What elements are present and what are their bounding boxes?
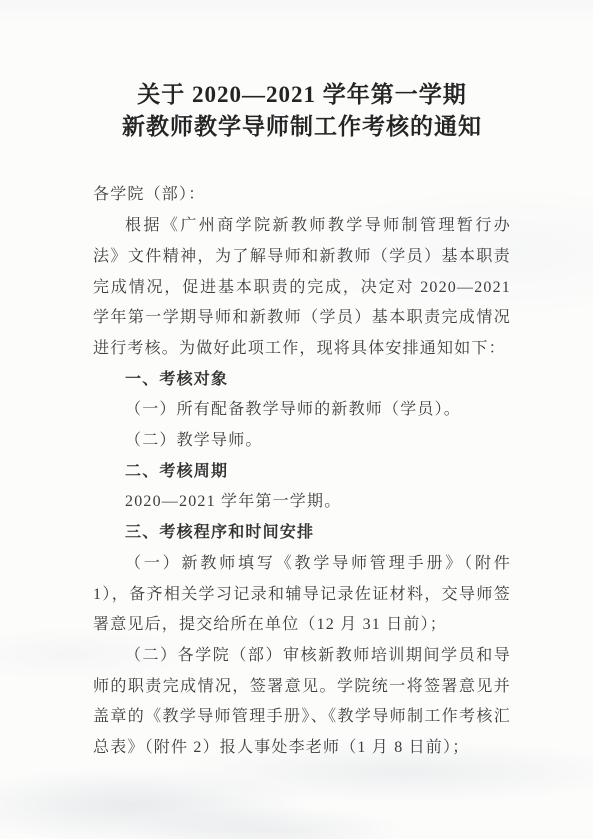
scanned-notice-page: 关于 2020—2021 学年第一学期 新教师教学导师制工作考核的通知 各学院（…: [0, 0, 593, 839]
section-2-heading: 二、考核周期: [93, 457, 511, 488]
intro-paragraph: 根据《广州商学院新教师教学导师制管理暂行办法》文件精神，为了解导师和新教师（学员…: [93, 211, 511, 365]
salutation: 各学院（部）：: [93, 180, 511, 211]
document-title-line-2: 新教师教学导师制工作考核的通知: [93, 111, 511, 143]
document-title: 关于 2020—2021 学年第一学期 新教师教学导师制工作考核的通知: [93, 15, 511, 143]
section-1-item-1: （一）所有配备教学导师的新教师（学员）。: [93, 395, 511, 426]
section-1-item-2: （二）教学导师。: [93, 426, 511, 457]
section-1-heading: 一、考核对象: [93, 365, 511, 396]
section-3-item-2: （二）各学院（部）审核新教师培训期间学员和导师的职责完成情况，签署意见。学院统一…: [93, 641, 511, 764]
document-body: 各学院（部）： 根据《广州商学院新教师教学导师制管理暂行办法》文件精神，为了解导…: [93, 180, 511, 763]
document-title-line-1: 关于 2020—2021 学年第一学期: [93, 79, 511, 111]
section-3-heading: 三、考核程序和时间安排: [93, 518, 511, 549]
section-2-item-1: 2020—2021 学年第一学期。: [93, 487, 511, 518]
section-3-item-1: （一）新教师填写《教学导师管理手册》（附件 1），备齐相关学习记录和辅导记录佐证…: [93, 549, 511, 641]
